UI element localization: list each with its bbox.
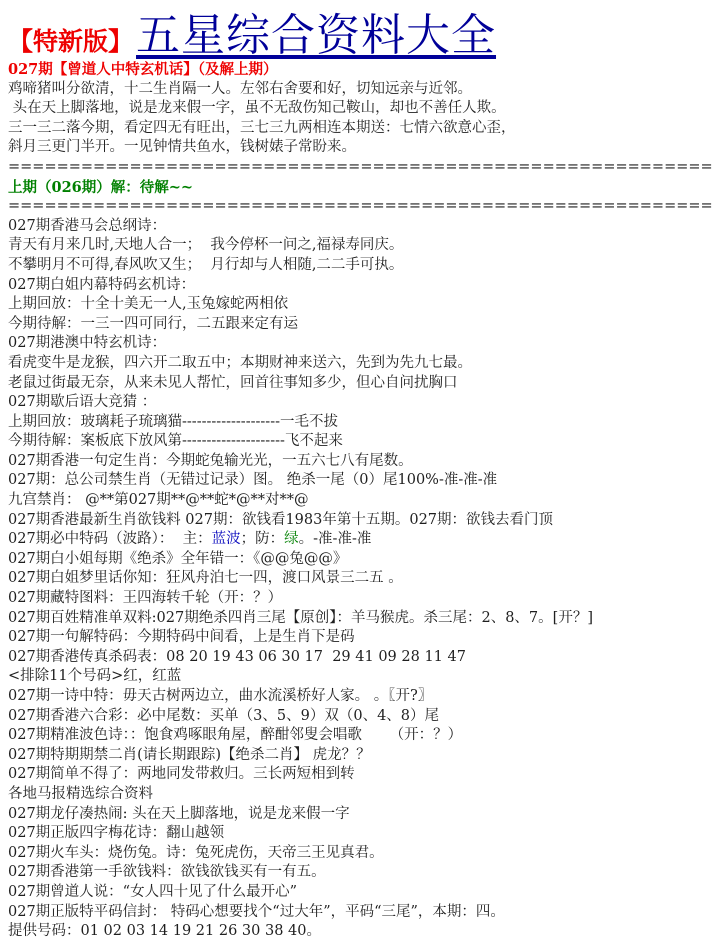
meihua-poem: 027期正版四字梅花诗：翻山越领 [8, 824, 713, 844]
section-baijie-poem-title: 027期白姐内幕特码玄机诗： [8, 276, 713, 296]
text-segment: 今期待解：案板底下放风第---------------------飞不起来 [8, 433, 343, 449]
baijie-dream: 027期白姐梦里话你知：狂风舟泊七一四，渡口风景三二五 。 [8, 569, 713, 589]
company-ban-zodiac: 027期：总公司禁生肖（无错过记录）图。 绝杀一尾（0）尾100%-准-准-准 [8, 471, 713, 491]
exclude-numbers: <排除11个号码>红，红蓝 [8, 667, 713, 687]
first-hand-yuqian: 027期香港第一手欲钱料：欲钱欲钱买有一有五。 [8, 863, 713, 883]
text-segment: 027期精准波色诗：：饱食鸡啄眼角屋，醉酣邻叟会唱歌 （开：？） [8, 727, 462, 743]
text-segment: 今期待解：一三一四可同行，二五跟来定有运 [8, 316, 298, 332]
text-segment: 三一三二落今期，看定四无有旺出，三七三九两相连本期送：七情六欲意心歪， [8, 120, 516, 136]
text-segment: ；防： [241, 531, 285, 547]
hint-poem-line-1: 鸡啼猪叫分欲清，十二生肖隔一人。左邻右舍要和好，切知远亲与近邻。 [8, 80, 713, 100]
jiugong-ban-zodiac: 九宫禁肖： @**第027期**@**蛇*@**对**@ [8, 491, 713, 511]
separator: ========================================… [8, 197, 713, 217]
edition-badge: 【特新版】 [8, 29, 133, 58]
text-segment: 九宫禁肖： @**第027期**@**蛇*@**对**@ [8, 492, 309, 508]
text-segment: 027期歇后语大竞猜 ： [8, 394, 156, 410]
text-segment: 头在天上脚落地，说是龙来假一字，虽不无敌伤知己鞍山，却也不善任人欺。 [8, 100, 506, 116]
text-segment: 027期白小姐每期《绝杀》全年错一：《@@兔@@》 [8, 551, 347, 567]
text-segment: 027期百姓精准单双料:027期绝杀四肖三尾【原创】：羊马猴虎。杀三尾：2、8、… [8, 610, 593, 626]
hint-poem-line-2: 头在天上脚落地，说是龙来假一字，虽不无敌伤知己鞍山，却也不善任人欺。 [8, 99, 713, 119]
text-segment: 027期香港传真杀码表：08 20 19 43 06 30 17 29 41 0… [8, 649, 466, 665]
text-segment: 027期正版四字梅花诗：翻山越领 [8, 825, 224, 841]
previous-issue-result: 上期（026期）解：待解~~ [8, 178, 713, 198]
ban-two-zodiac: 027期特期期禁二肖(请长期跟踪)【绝杀二肖】 虎龙？？ [8, 746, 713, 766]
text-segment: 027期一句解特码：今期特码中间看，上是生肖下是码 [8, 629, 355, 645]
baixiaojie-juesha: 027期白小姐每期《绝杀》全年错一：《@@兔@@》 [8, 550, 713, 570]
gangao-poem-line-1: 看虎变牛是龙猴，四六开二取五中；本期财神来送六，先到为先九七最。 [8, 354, 713, 374]
yishi-zhongte: 027期一诗中特：毋天古树两边立，曲水流溪桥好人家。 。〖开?〗 [8, 687, 713, 707]
text-segment: 027期香港马会总纲诗： [8, 218, 166, 234]
text-segment: 027期简单不得了：两地同发带救归。三长两短相到转 [8, 766, 355, 782]
hint-poem-line-3: 三一三二落今期，看定四无有旺出，三七三九两相连本期送：七情六欲意心歪， [8, 119, 713, 139]
text-segment: 027期白姐内幕特码玄机诗： [8, 277, 195, 293]
text-segment: 各地马报精选综合资料 [8, 786, 153, 802]
text-segment: ========================================… [8, 159, 713, 175]
zengdaoren-says: 027期曾道人说：“女人四十见了什么最开心” [8, 883, 713, 903]
section-gangao-poem-title: 027期港澳中特玄机诗： [8, 334, 713, 354]
huochetou: 027期火车头：烧伤兔。诗：兔死虎伤，天帝三王见真君。 [8, 844, 713, 864]
lottery-info-page: 【特新版】 五星综合资料大全 027期【曾道人中特玄机话】（及解上期）鸡啼猪叫分… [0, 0, 713, 950]
text-segment: <排除11个号码>红，红蓝 [8, 668, 181, 684]
text-segment: 027期特期期禁二肖(请长期跟踪)【绝杀二肖】 虎龙？？ [8, 747, 371, 763]
section-hkjc-poem-title: 027期香港马会总纲诗： [8, 217, 713, 237]
text-segment: 027期龙仔凑热闹: 头在天上脚落地，说是龙来假一字 [8, 806, 350, 822]
section-xiehouyu-title: 027期歇后语大竞猜 ： [8, 393, 713, 413]
text-segment: 上期回放：玻璃耗子琉璃猫--------------------一毛不拔 [8, 414, 338, 430]
yiju-jie-tema: 027期一句解特码：今期特码中间看，上是生肖下是码 [8, 628, 713, 648]
baixing-danshuang: 027期百姓精准单双料:027期绝杀四肖三尾【原创】：羊马猴虎。杀三尾：2、8、… [8, 609, 713, 629]
xiehouyu-prev-line: 上期回放：玻璃耗子琉璃猫--------------------一毛不拔 [8, 413, 713, 433]
longzai-renao: 027期龙仔凑热闹: 头在天上脚落地，说是龙来假一字 [8, 805, 713, 825]
text-segment: 上期回放：十全十美无一人,玉兔嫁蛇两相依 [8, 296, 288, 312]
baijie-current-line: 今期待解：一三一四可同行，二五跟来定有运 [8, 315, 713, 335]
text-segment: 027期香港最新生肖欲钱料 027期：欲钱看1983年第十五期。027期：欲钱去… [8, 512, 553, 528]
masthead: 【特新版】 五星综合资料大全 [8, 6, 713, 58]
gangao-poem-line-2: 老鼠过街最无奈，从来未见人帮忙，回首往事知多少，但心自问扰胸口 [8, 374, 713, 394]
text-segment: 027期曾道人说：“女人四十见了什么最开心” [8, 884, 297, 900]
text-segment: 027期港澳中特玄机诗： [8, 335, 166, 351]
text-segment: 027期：总公司禁生肖（无错过记录）图。 绝杀一尾（0）尾100%-准-准-准 [8, 472, 497, 488]
cangte-tuliao: 027期藏特图料：王四海转千轮（开：？） [8, 589, 713, 609]
text-segment: 027期白姐梦里话你知：狂风舟泊七一四，渡口风景三二五 。 [8, 570, 403, 586]
text-segment: 斜月三更门半开。一见钟情共鱼水，钱树婊子常盼来。 [8, 139, 356, 155]
hint-poem-line-4: 斜月三更门半开。一见钟情共鱼水，钱树婊子常盼来。 [8, 138, 713, 158]
text-segment: 027期香港一句定生肖：今期蛇兔输光光，一五六七八有尾数。 [8, 453, 413, 469]
text-segment: 蓝波 [212, 531, 241, 547]
text-segment: 027期一诗中特：毋天古树两边立，曲水流溪桥好人家。 。〖开?〗 [8, 688, 432, 704]
text-segment: 027期香港六合彩：必中尾数：买单（3、5、9）双（0、4、8）尾 [8, 708, 439, 724]
hint-title-zengdaoren: 027期【曾道人中特玄机话】（及解上期） [8, 60, 713, 80]
text-segment: 027期藏特图料：王四海转千轮（开：？） [8, 590, 282, 606]
one-sentence-zodiac: 027期香港一句定生肖：今期蛇兔输光光，一五六七八有尾数。 [8, 452, 713, 472]
content-lines: 027期【曾道人中特玄机话】（及解上期）鸡啼猪叫分欲清，十二生肖隔一人。左邻右舍… [8, 60, 713, 942]
text-segment: 不攀明月不可得,春风吹又生； 月行却与人相随,二二手可执。 [8, 257, 403, 273]
bizhong-tema-bolu: 027期必中特码（波路）： 主：蓝波；防：绿。-准-准-准 [8, 530, 713, 550]
text-segment: 青天有月来几时,天地人合一； 我今停杯一问之,福禄寿同庆。 [8, 237, 403, 253]
text-segment: 。-准-准-准 [299, 531, 372, 547]
text-segment: 027期必中特码（波路）： 主： [8, 531, 212, 547]
provided-numbers: 提供号码：01 02 03 14 19 21 26 30 38 40。 [8, 922, 713, 942]
section-gedi-mabao-title: 各地马报精选综合资料 [8, 785, 713, 805]
hk-liuhecai-weishu: 027期香港六合彩：必中尾数：买单（3、5、9）双（0、4、8）尾 [8, 707, 713, 727]
tepingma-envelope: 027期正版特平码信封： 特码心想要找个“过大年”，平码“三尾”，本期：四。 [8, 903, 713, 923]
text-segment: 老鼠过街最无奈，从来未见人帮忙，回首往事知多少，但心自问扰胸口 [8, 375, 458, 391]
text-segment: 027期火车头：烧伤兔。诗：兔死虎伤，天帝三王见真君。 [8, 845, 384, 861]
baijie-prev-line: 上期回放：十全十美无一人,玉兔嫁蛇两相依 [8, 295, 713, 315]
bose-poem: 027期精准波色诗：：饱食鸡啄眼角屋，醉酣邻叟会唱歌 （开：？） [8, 726, 713, 746]
page-title[interactable]: 五星综合资料大全 [136, 14, 496, 58]
xiehouyu-current-line: 今期待解：案板底下放风第---------------------飞不起来 [8, 432, 713, 452]
text-segment: 鸡啼猪叫分欲清，十二生肖隔一人。左邻右舍要和好，切知远亲与近邻。 [8, 81, 472, 97]
text-segment: 027期正版特平码信封： 特码心想要找个“过大年”，平码“三尾”，本期：四。 [8, 904, 505, 920]
chuanzhen-shama-table: 027期香港传真杀码表：08 20 19 43 06 30 17 29 41 0… [8, 648, 713, 668]
hkjc-poem-line-1: 青天有月来几时,天地人合一； 我今停杯一问之,福禄寿同庆。 [8, 236, 713, 256]
text-segment: 绿 [284, 531, 299, 547]
text-segment: 看虎变牛是龙猴，四六开二取五中；本期财神来送六，先到为先九七最。 [8, 355, 472, 371]
text-segment: 027期香港第一手欲钱料：欲钱欲钱买有一有五。 [8, 864, 326, 880]
text-segment: ========================================… [8, 198, 713, 214]
yuqian-info: 027期香港最新生肖欲钱料 027期：欲钱看1983年第十五期。027期：欲钱去… [8, 511, 713, 531]
hkjc-poem-line-2: 不攀明月不可得,春风吹又生； 月行却与人相随,二二手可执。 [8, 256, 713, 276]
text-segment: 提供号码：01 02 03 14 19 21 26 30 38 40。 [8, 923, 321, 939]
text-segment: 027期【曾道人中特玄机话】（及解上期） [8, 61, 278, 78]
separator: ========================================… [8, 158, 713, 178]
text-segment: 上期（026期）解：待解~~ [8, 179, 193, 196]
jiandan-budele: 027期简单不得了：两地同发带救归。三长两短相到转 [8, 765, 713, 785]
